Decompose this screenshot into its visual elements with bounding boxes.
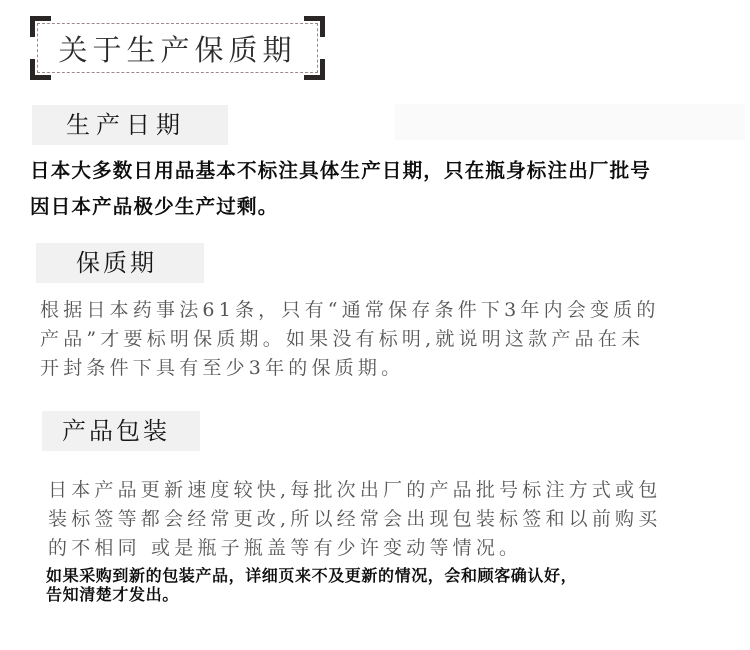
production-date-paragraph: 日本大多数日用品基本不标注具体生产日期，只在瓶身标注出厂批号 因日本产品极少生产…: [30, 153, 750, 225]
text-line: 日本产品更新速度较快,每批次出厂的产品批号标注方式或包: [48, 476, 748, 505]
text-line: 因日本产品极少生产过剩。: [30, 189, 750, 225]
text-line: 日本大多数日用品基本不标注具体生产日期，只在瓶身标注出厂批号: [30, 153, 750, 189]
text-line: 开封条件下具有至少3年的保质期。: [40, 354, 740, 383]
section-heading-packaging: 产品包装: [42, 411, 200, 451]
packaging-note: 如果采购到新的包装产品，详细页来不及更新的情况，会和顾客确认好， 告知清楚才发出…: [46, 566, 746, 604]
text-line: 告知清楚才发出。: [46, 585, 746, 604]
title-frame: 关于生产保质期: [30, 16, 325, 80]
text-line: 根据日本药事法61条，只有“通常保存条件下3年内会变质的: [40, 296, 740, 325]
packaging-paragraph: 日本产品更新速度较快,每批次出厂的产品批号标注方式或包 装标签等都会经常更改,所…: [48, 476, 748, 563]
section-heading-production-date: 生产日期: [32, 105, 228, 145]
text-line: 装标签等都会经常更改,所以经常会出现包装标签和以前购买: [48, 505, 748, 534]
text-line: 如果采购到新的包装产品，详细页来不及更新的情况，会和顾客确认好，: [46, 566, 746, 585]
page-title: 关于生产保质期: [30, 28, 325, 69]
text-line: 产品”才要标明保质期。如果没有标明,就说明这款产品在未: [40, 325, 740, 354]
shelf-life-paragraph: 根据日本药事法61条，只有“通常保存条件下3年内会变质的 产品”才要标明保质期。…: [40, 296, 740, 383]
text-line: 的不相同 或是瓶子瓶盖等有少许变动等情况。: [48, 534, 748, 563]
background-band: [395, 104, 745, 140]
section-heading-shelf-life: 保质期: [36, 243, 204, 283]
